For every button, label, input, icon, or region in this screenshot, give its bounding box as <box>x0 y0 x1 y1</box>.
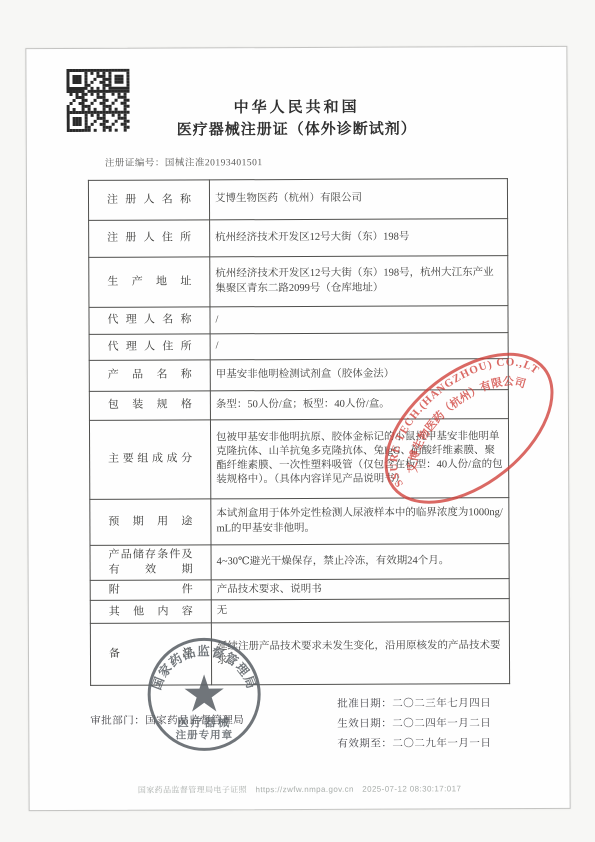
table-row: 包装规格条型：50人份/盒；板型：40人份/盒。 <box>89 390 508 421</box>
row-label: 代理人名称 <box>107 313 191 328</box>
approve-date: 批准日期：二〇二三年七月四日 <box>337 694 491 715</box>
row-value: 包被甲基安非他明抗原、胶体金标记的小鼠抗甲基安非他明单克隆抗体、山羊抗兔多克隆抗… <box>210 419 508 499</box>
row-label: 备 注 <box>109 647 193 662</box>
table-row: 生产地址杭州经济技术开发区12号大街（东）198号，杭州大江东产业集聚区青东二路… <box>89 256 508 308</box>
certificate-table: 注册人名称艾博生物医药（杭州）有限公司 注册人住所杭州经济技术开发区12号大街（… <box>88 178 510 686</box>
registration-number: 注册证编号：国械注准20193401501 <box>105 154 263 169</box>
table-row: 注册人名称艾博生物医药（杭州）有限公司 <box>88 179 507 221</box>
row-label: 预期用途 <box>108 514 192 529</box>
title-certificate-type: 医疗器械注册证（体外诊断试剂） <box>27 119 567 143</box>
nmpa-seal-line2: 注册专用章 <box>176 728 234 741</box>
row-label: 包装规格 <box>108 398 192 413</box>
approval-department: 审批部门：国家药品监督管理局 <box>90 712 244 728</box>
title-country: 中华人民共和国 <box>27 97 567 121</box>
row-value: / <box>210 306 508 334</box>
table-row: 注册人住所杭州经济技术开发区12号大街（东）198号 <box>89 219 508 258</box>
table-row: 其他内容无 <box>90 599 509 624</box>
row-value: 甲基安非他明检测试剂盒（胶体金法） <box>210 359 508 391</box>
certificate-page: 中华人民共和国 医疗器械注册证（体外诊断试剂） 注册证编号：国械注准201934… <box>25 46 570 811</box>
row-label: 注册人名称 <box>107 192 191 207</box>
table-row: 附 件产品技术要求、说明书 <box>90 579 509 601</box>
document-title: 中华人民共和国 医疗器械注册证（体外诊断试剂） <box>27 97 567 143</box>
row-value: 延续注册产品技术要求未发生变化，沿用原核发的产品技术要求。 <box>211 622 509 685</box>
table-row: 备 注延续注册产品技术要求未发生变化，沿用原核发的产品技术要求。 <box>90 622 509 686</box>
row-label: 附 件 <box>109 582 193 597</box>
table-row: 产品储存条件及有效期4~30℃避光干燥保存，禁止冷冻，有效期24个月。 <box>90 544 509 581</box>
table-row: 主要组成成分包被甲基安非他明抗原、胶体金标记的小鼠抗甲基安非他明单克隆抗体、山羊… <box>89 419 508 500</box>
row-label: 产品名称 <box>108 368 192 383</box>
row-label: 代理人住所 <box>108 339 192 354</box>
row-value: 艾博生物医药（杭州）有限公司 <box>209 179 507 220</box>
row-label: 产品储存条件及有效期 <box>109 547 193 577</box>
row-value: / <box>210 333 508 360</box>
row-value: 杭州经济技术开发区12号大街（东）198号，杭州大江东产业集聚区青东二路2099… <box>210 256 508 307</box>
row-value: 4~30℃避光干燥保存，禁止冷冻，有效期24个月。 <box>211 544 509 580</box>
row-value: 本试剂盒用于体外定性检测人尿液样本中的临界浓度为1000ng/mL的甲基安非他明… <box>211 498 509 545</box>
valid-until-date: 有效期至：二〇二九年一月一日 <box>337 734 491 755</box>
table-row: 产品名称甲基安非他明检测试剂盒（胶体金法） <box>89 359 508 392</box>
row-value: 条型：50人份/盒；板型：40人份/盒。 <box>210 390 508 420</box>
electronic-license-footer: 国家药品监督管理局电子证照 https://zwfw.nmpa.gov.cn 2… <box>30 783 570 796</box>
date-block: 批准日期：二〇二三年七月四日 生效日期：二〇二四年一月二日 有效期至：二〇二九年… <box>337 694 491 754</box>
row-value: 杭州经济技术开发区12号大街（东）198号 <box>210 219 508 257</box>
scanned-certificate-background: { "doc": { "title_line1": "中华人民共和国", "ti… <box>0 0 595 842</box>
row-label: 生产地址 <box>107 274 191 289</box>
row-label: 其他内容 <box>109 604 193 619</box>
table-row: 代理人住所/ <box>89 333 508 361</box>
effective-date: 生效日期：二〇二四年一月二日 <box>337 714 491 735</box>
table-row: 预期用途本试剂盒用于体外定性检测人尿液样本中的临界浓度为1000ng/mL的甲基… <box>90 498 509 546</box>
table-row: 代理人名称/ <box>89 306 508 335</box>
row-label: 主要组成成分 <box>108 452 192 467</box>
row-value: 无 <box>211 599 509 623</box>
row-value: 产品技术要求、说明书 <box>211 579 509 600</box>
row-label: 注册人住所 <box>107 231 191 246</box>
